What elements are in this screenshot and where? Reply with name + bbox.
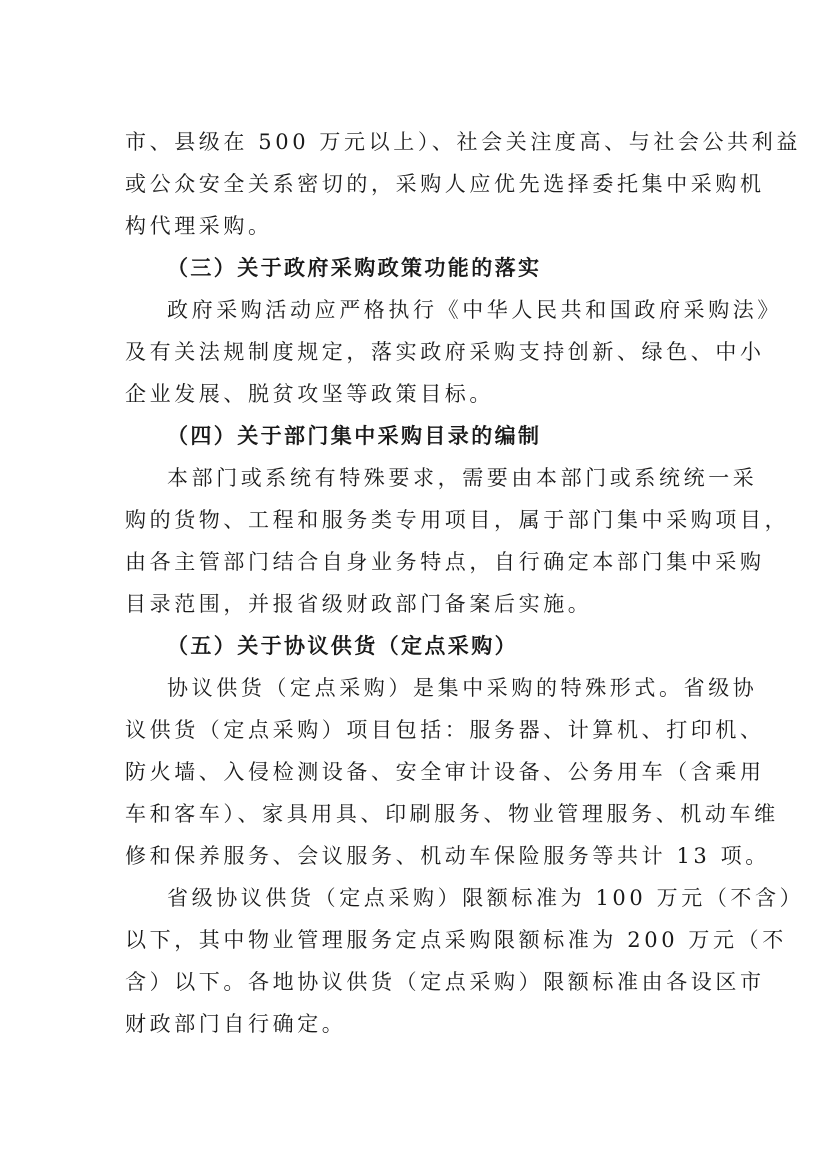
paragraph-line: 防火墙、入侵检测设备、安全审计设备、公务用车（含乘用 (125, 758, 707, 786)
paragraph-line: 或公众安全关系密切的，采购人应优先选择委托集中采购机 (125, 170, 707, 198)
paragraph-line: 本部门或系统有特殊要求，需要由本部门或系统统一采 (167, 464, 707, 492)
paragraph-line: 修和保养服务、会议服务、机动车保险服务等共计 13 项。 (125, 842, 707, 870)
paragraph-line: 含）以下。各地协议供货（定点采购）限额标准由各设区市 (125, 968, 707, 996)
paragraph-line: 政府采购活动应严格执行《中华人民共和国政府采购法》 (167, 296, 707, 324)
document-page: 市、县级在 500 万元以上）、社会关注度高、与社会公共利益 或公众安全关系密切… (0, 0, 827, 1169)
paragraph-line: 购的货物、工程和服务类专用项目，属于部门集中采购项目， (125, 506, 707, 534)
paragraph-line: 由各主管部门结合自身业务特点，自行确定本部门集中采购 (125, 548, 707, 576)
section-heading-3: （三）关于政府采购政策功能的落实 (167, 254, 707, 282)
paragraph-line: 构代理采购。 (125, 212, 707, 240)
paragraph-line: 目录范围，并报省级财政部门备案后实施。 (125, 590, 707, 618)
paragraph-line: 议供货（定点采购）项目包括：服务器、计算机、打印机、 (125, 716, 707, 744)
paragraph-line: 及有关法规制度规定，落实政府采购支持创新、绿色、中小 (125, 338, 707, 366)
section-heading-5: （五）关于协议供货（定点采购） (167, 632, 707, 660)
paragraph-line: 车和客车）、家具用具、印刷服务、物业管理服务、机动车维 (125, 800, 707, 828)
paragraph-line: 协议供货（定点采购）是集中采购的特殊形式。省级协 (167, 674, 707, 702)
paragraph-line: 财政部门自行确定。 (125, 1010, 707, 1038)
section-heading-4: （四）关于部门集中采购目录的编制 (167, 422, 707, 450)
paragraph-line: 市、县级在 500 万元以上）、社会关注度高、与社会公共利益 (125, 128, 707, 156)
paragraph-line: 以下，其中物业管理服务定点采购限额标准为 200 万元（不 (125, 926, 707, 954)
paragraph-line: 省级协议供货（定点采购）限额标准为 100 万元（不含） (167, 884, 707, 912)
paragraph-line: 企业发展、脱贫攻坚等政策目标。 (125, 380, 707, 408)
